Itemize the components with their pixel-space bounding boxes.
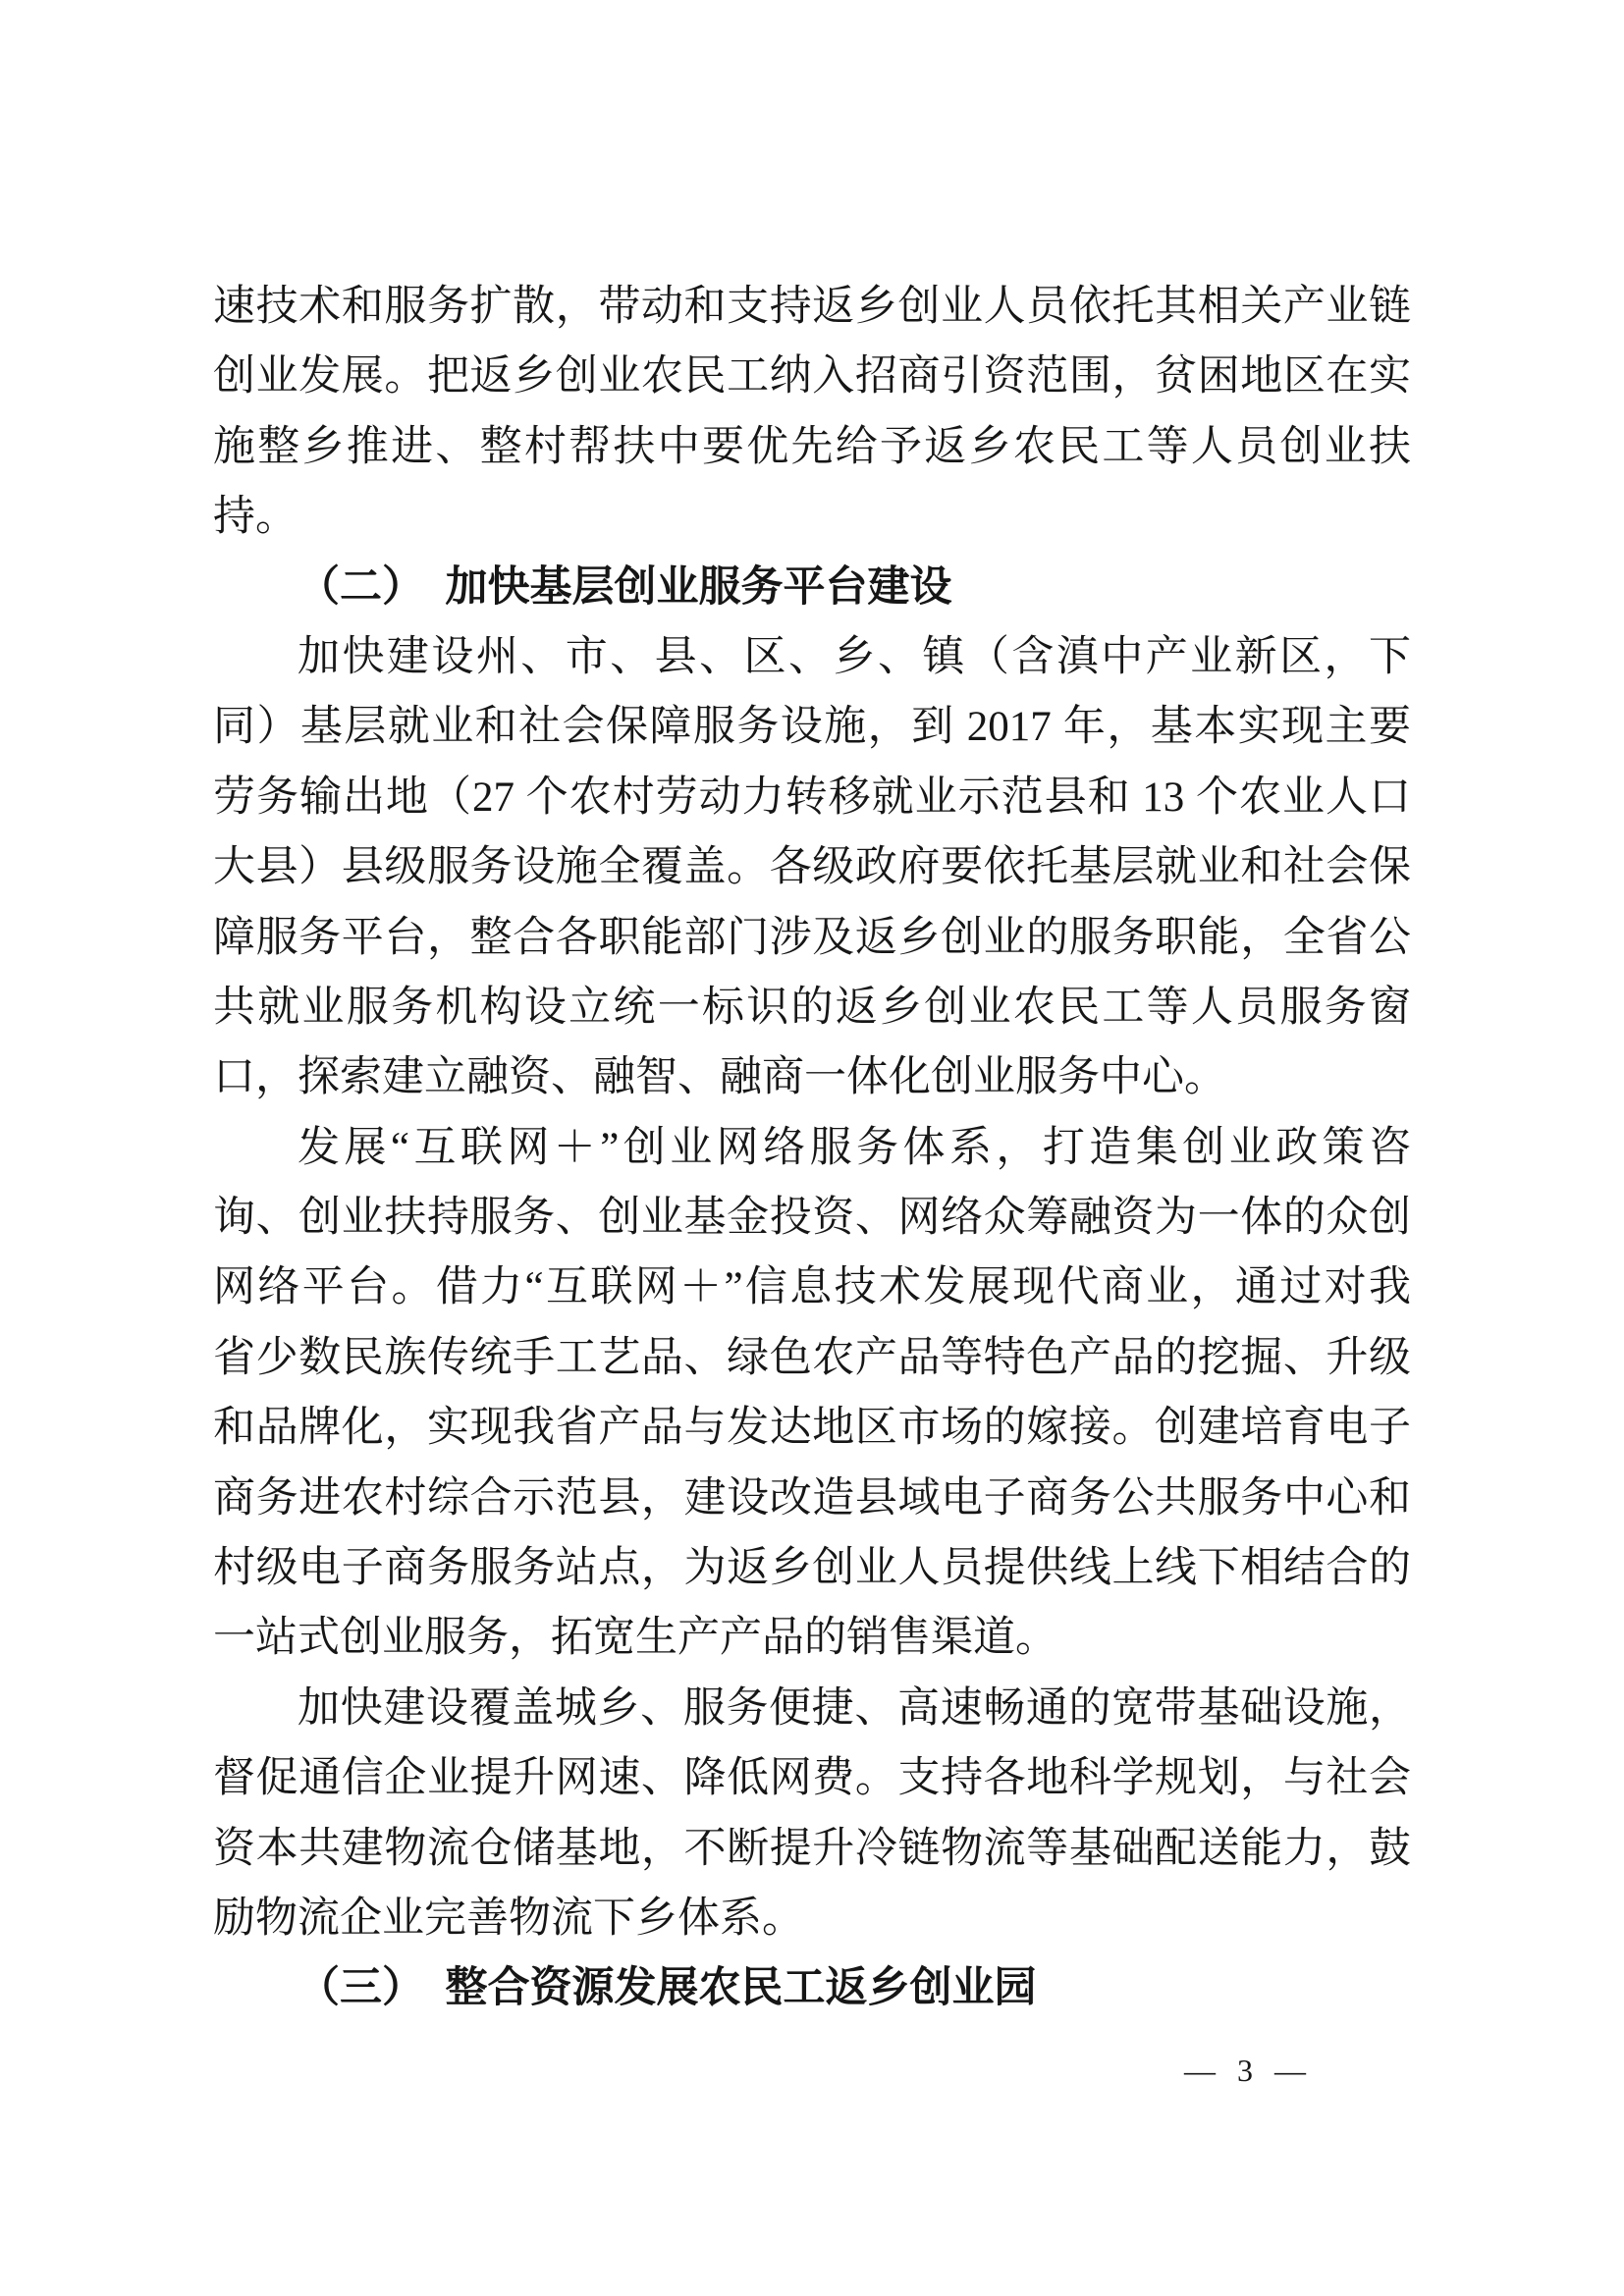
text-line-7: 同）基层就业和社会保障服务设施，到 2017 年，基本实现主要 (213, 692, 1411, 762)
page-footer: — 3 — (1184, 2048, 1306, 2093)
text-line-13: 发展“互联网＋”创业网络服务体系，打造集创业政策咨 (213, 1113, 1411, 1183)
text-line-24: 励物流企业完善物流下乡体系。 (213, 1884, 1411, 1953)
text-line-1: 速技术和服务扩散，带动和支持返乡创业人员依托其相关产业链 (213, 272, 1411, 342)
text-line-16: 省少数民族传统手工艺品、绿色农产品等特色产品的挖掘、升级 (213, 1323, 1411, 1393)
text-line-3: 施整乡推进、整村帮扶中要优先给予返乡农民工等人员创业扶 (213, 412, 1411, 482)
text-line-2: 创业发展。把返乡创业农民工纳入招商引资范围，贫困地区在实 (213, 342, 1411, 411)
page-number: 3 (1237, 2053, 1253, 2089)
section-heading: （二） 加快基层创业服务平台建设 (213, 553, 1411, 622)
text-line-14: 询、创业扶持服务、创业基金投资、网络众筹融资为一体的众创 (213, 1183, 1411, 1253)
text-line-8: 劳务输出地（27 个农村劳动力转移就业示范县和 13 个农业人口 (213, 763, 1411, 832)
text-line-9: 大县）县级服务设施全覆盖。各级政府要依托基层就业和社会保 (213, 832, 1411, 902)
text-line-22: 督促通信企业提升网速、降低网费。支持各地科学规划，与社会 (213, 1743, 1411, 1813)
text-line-21: 加快建设覆盖城乡、服务便捷、高速畅通的宽带基础设施， (213, 1674, 1411, 1743)
text-line-15: 网络平台。借力“互联网＋”信息技术发展现代商业，通过对我 (213, 1253, 1411, 1322)
text-line-20: 一站式创业服务，拓宽生产产品的销售渠道。 (213, 1603, 1411, 1673)
footer-dash-right: — (1274, 2053, 1306, 2089)
text-line-17: 和品牌化，实现我省产品与发达地区市场的嫁接。创建培育电子 (213, 1393, 1411, 1463)
text-line-11: 共就业服务机构设立统一标识的返乡创业农民工等人员服务窗 (213, 973, 1411, 1042)
text-line-4: 持。 (213, 482, 1411, 552)
section-heading: （三） 整合资源发展农民工返乡创业园 (213, 1953, 1411, 2023)
text-line-23: 资本共建物流仓储基地，不断提升冷链物流等基础配送能力，鼓 (213, 1814, 1411, 1884)
text-line-12: 口，探索建立融资、融智、融商一体化创业服务中心。 (213, 1042, 1411, 1112)
text-line-18: 商务进农村综合示范县，建设改造县域电子商务公共服务中心和 (213, 1464, 1411, 1533)
text-line-6: 加快建设州、市、县、区、乡、镇（含滇中产业新区，下 (213, 622, 1411, 692)
footer-dash-left: — (1184, 2053, 1216, 2089)
text-line-19: 村级电子商务服务站点，为返乡创业人员提供线上线下相结合的 (213, 1533, 1411, 1603)
document-page: { "page": { "background_color": "#ffffff… (0, 0, 1624, 2296)
text-line-10: 障服务平台，整合各职能部门涉及返乡创业的服务职能，全省公 (213, 903, 1411, 973)
document-body: 速技术和服务扩散，带动和支持返乡创业人员依托其相关产业链创业发展。把返乡创业农民… (213, 272, 1411, 2024)
